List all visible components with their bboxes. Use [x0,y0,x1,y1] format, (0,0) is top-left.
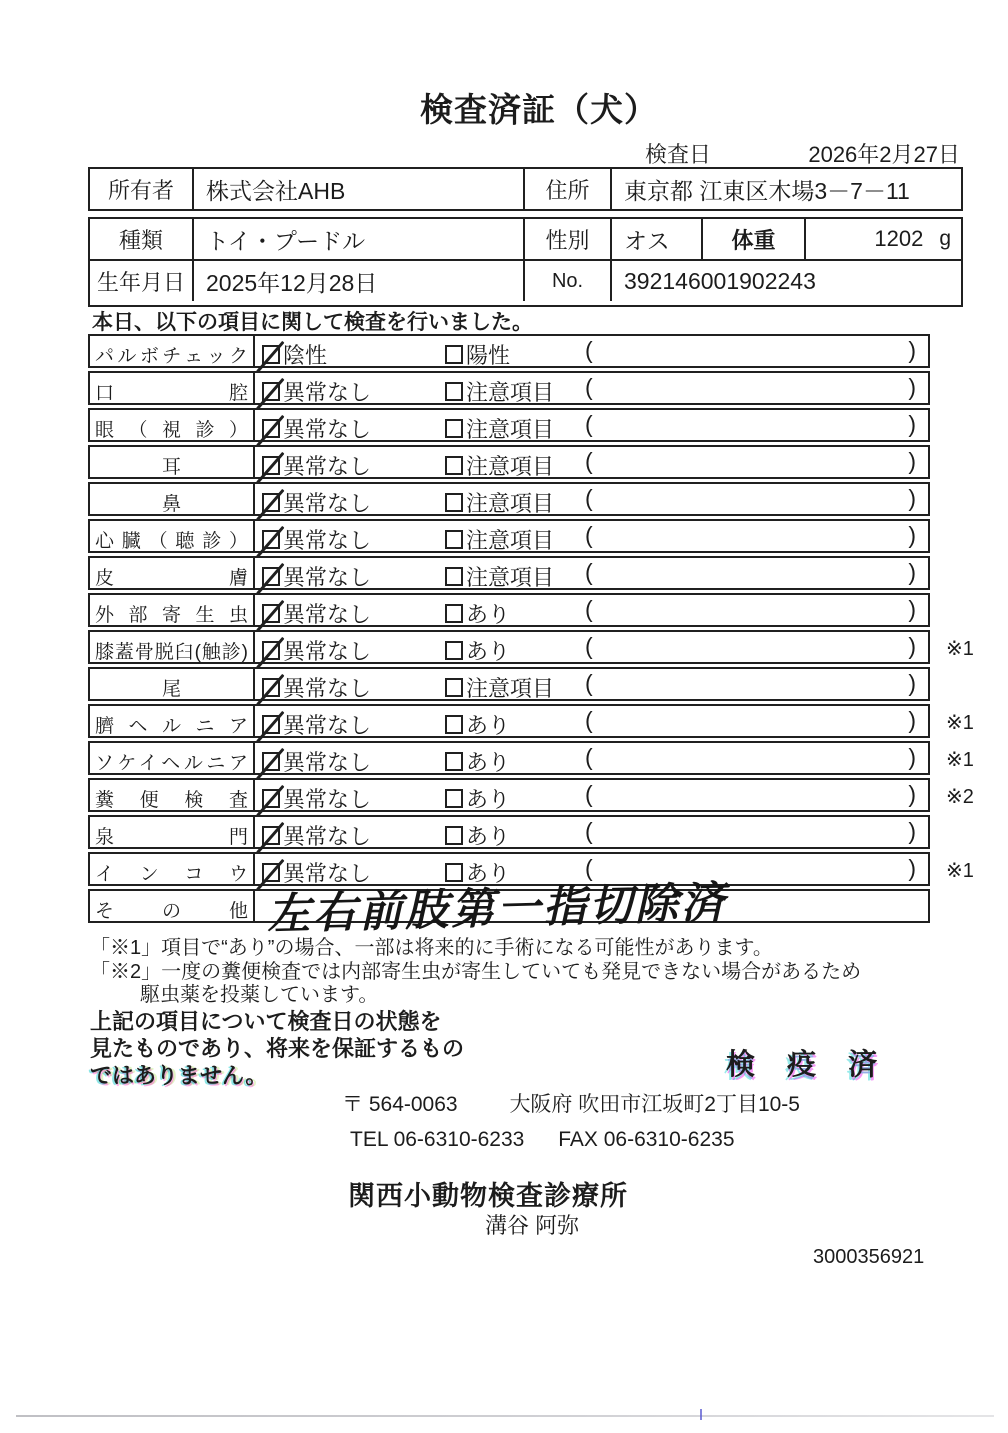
exam-item-label: 臍ヘルニア [90,706,255,736]
remarks-paren-open: ( [585,337,593,364]
checkbox-icon [445,382,463,401]
result-option-1: 異常なし [262,709,371,740]
exam-item-result: 異常なし 注意項目 ( ) [255,669,928,699]
remarks-paren-open: ( [585,485,593,512]
number-value: 392146001902243 [612,261,961,301]
remarks-paren-open: ( [585,559,593,586]
exam-item-label: インコウ [90,854,255,884]
intro-text: 本日、以下の項目に関して検査を行いました。 [92,306,533,336]
inspection-date-value: 2026年2月27日 [808,138,960,169]
exam-item-result: 異常なし 注意項目 ( ) [255,558,928,588]
result-option-1-label: 異常なし [283,524,371,555]
exam-item-result: 陰性 陽性 ( ) [255,336,928,366]
remarks-paren-close: ) [908,633,916,660]
result-option-1: 異常なし [262,376,371,407]
checkbox-icon [445,604,463,623]
remarks-paren-close: ) [908,522,916,549]
exam-item-label: 糞便検査 [90,780,255,810]
result-option-2: あり [445,598,510,629]
exam-row: 耳 異常なし 注意項目 ( ) [88,445,930,479]
owner-row: 所有者 株式会社AHB 住所 東京都 江東区木場3－7－11 [90,169,961,209]
owner-value: 株式会社AHB [194,169,525,209]
result-option-2: あり [445,746,510,777]
checkbox-icon [445,493,463,512]
result-option-1: 異常なし [262,413,371,444]
page-title: 検査済証（犬） [420,84,658,131]
exam-row: パルボチェック 陰性 陽性 ( ) [88,334,930,368]
exam-item-label: 心臓（聴診） [90,521,255,551]
checkbox-icon [262,345,280,364]
exam-row: 泉門 異常なし あり ( ) [88,815,930,849]
result-option-1-label: 異常なし [283,413,371,444]
address-value: 東京都 江東区木場3－7－11 [612,169,961,209]
result-option-1: 異常なし [262,561,371,592]
remarks-paren-open: ( [585,596,593,623]
address-label: 住所 [525,169,612,209]
remarks-paren-close: ) [908,374,916,401]
checkbox-icon [262,641,280,660]
checkbox-icon [445,789,463,808]
remarks-paren-close: ) [908,707,916,734]
checkbox-icon [445,530,463,549]
scan-artifact-line [16,1415,994,1417]
exam-row: 糞便検査 異常なし あり ( ) ※2 [88,778,930,812]
checkbox-icon [445,826,463,845]
exam-item-result: 異常なし あり ( ) [255,706,928,736]
disclaimer-line3: ではありません。 [90,1059,267,1090]
exam-item-result: 異常なし あり ( ) [255,780,928,810]
birth-label: 生年月日 [90,261,194,301]
exam-item-label: 尾 [90,669,255,699]
result-option-1: 異常なし [262,524,371,555]
exam-row: 口腔 異常なし 注意項目 ( ) [88,371,930,405]
remarks-paren-open: ( [585,744,593,771]
result-option-2: 注意項目 [445,413,554,444]
result-option-1: 異常なし [262,820,371,851]
remarks-paren-open: ( [585,781,593,808]
result-option-1-label: 異常なし [283,672,371,703]
remarks-paren-close: ) [908,596,916,623]
exam-row: その他 左右前肢第一指切除済 [88,889,930,923]
remarks-paren-open: ( [585,633,593,660]
result-option-2-label: あり [466,598,510,629]
result-option-1-label: 異常なし [283,598,371,629]
result-option-2: あり [445,820,510,851]
result-option-2-label: 注意項目 [466,450,554,481]
clinic-tel: TEL 06-6310-6233 [350,1128,524,1151]
exam-item-result: 異常なし 注意項目 ( ) [255,484,928,514]
exam-item-result: 異常なし 注意項目 ( ) [255,373,928,403]
clinic-phone-line: TEL 06-6310-6233 FAX 06-6310-6235 [350,1128,735,1152]
exam-item-result: 異常なし あり ( ) [255,595,928,625]
result-option-1-label: 異常なし [283,820,371,851]
result-option-2-label: あり [466,783,510,814]
result-option-1: 異常なし [262,783,371,814]
weight-value: 1202 [874,226,923,252]
remarks-paren-close: ) [908,744,916,771]
result-option-2: 注意項目 [445,561,554,592]
exam-row: 尾 異常なし 注意項目 ( ) [88,667,930,701]
checkbox-icon [262,789,280,808]
checkbox-icon [445,567,463,586]
exam-item-label: ソケイヘルニア [90,743,255,773]
checkbox-icon [445,456,463,475]
result-option-2-label: あり [466,709,510,740]
note-ref2-line2: 駆虫薬を投薬しています。 [140,978,378,1007]
veterinarian-name: 溝谷 阿弥 [485,1209,579,1240]
checkbox-icon [445,715,463,734]
checkbox-icon [262,493,280,512]
result-option-1-label: 異常なし [283,709,371,740]
inspection-date-label: 検査日 [645,138,711,169]
result-option-1: 異常なし [262,746,371,777]
result-option-2-label: 注意項目 [466,413,554,444]
result-option-1: 異常なし [262,487,371,518]
remarks-paren-open: ( [585,707,593,734]
checkbox-icon [262,604,280,623]
reference-mark: ※1 [946,636,974,661]
result-option-1: 異常なし [262,635,371,666]
remarks-paren-close: ) [908,781,916,808]
exam-item-label: 耳 [90,447,255,477]
result-option-1-label: 異常なし [283,376,371,407]
animal-table: 種類 トイ・プードル 性別 オス 体重 1202 g 生年月日 2025年12月… [88,217,963,307]
exam-item-label: 眼（視診） [90,410,255,440]
exam-item-result: 異常なし あり ( ) [255,743,928,773]
result-option-1: 異常なし [262,672,371,703]
result-option-2-label: 注意項目 [466,561,554,592]
result-option-1-label: 異常なし [283,635,371,666]
remarks-paren-close: ) [908,411,916,438]
result-option-2: 注意項目 [445,450,554,481]
checkbox-icon [262,419,280,438]
checkbox-icon [262,530,280,549]
exam-item-result: 左右前肢第一指切除済 [255,891,928,921]
exam-item-label: 膝蓋骨脱臼(触診) [90,632,255,662]
result-option-2-label: 注意項目 [466,524,554,555]
clinic-fax: FAX 06-6310-6235 [558,1128,734,1151]
quarantine-stamp: 検 疫 済 [726,1042,889,1083]
checkbox-icon [262,715,280,734]
reference-mark: ※2 [946,784,974,809]
result-option-2: 注意項目 [445,524,554,555]
exam-row: 膝蓋骨脱臼(触診) 異常なし あり ( ) ※1 [88,630,930,664]
result-option-2-label: あり [466,635,510,666]
exam-item-result: 異常なし 注意項目 ( ) [255,410,928,440]
exam-item-label: パルボチェック [90,336,255,366]
reference-mark: ※1 [946,747,974,772]
checkbox-icon [262,456,280,475]
serial-number: 3000356921 [813,1246,924,1269]
remarks-paren-close: ) [908,337,916,364]
remarks-paren-close: ) [908,670,916,697]
handwritten-note: 左右前肢第一指切除済 [266,869,727,942]
checkbox-icon [445,419,463,438]
result-option-2-label: 注意項目 [466,487,554,518]
remarks-paren-open: ( [585,448,593,475]
result-option-1-label: 異常なし [283,487,371,518]
result-option-1: 異常なし [262,598,371,629]
checkbox-icon [262,382,280,401]
scanned-certificate-page: 検査済証（犬） 検査日 2026年2月27日 所有者 株式会社AHB 住所 東京… [0,0,1008,1433]
clinic-address: 大阪府 吹田市江坂町2丁目10-5 [509,1093,800,1116]
clinic-name: 関西小動物検査診療所 [348,1174,628,1213]
remarks-paren-open: ( [585,522,593,549]
exam-row: 外部寄生虫 異常なし あり ( ) [88,593,930,627]
checkbox-icon [445,641,463,660]
checkbox-icon [262,826,280,845]
remarks-paren-open: ( [585,411,593,438]
remarks-paren-open: ( [585,670,593,697]
remarks-paren-close: ) [908,448,916,475]
checkbox-icon [262,678,280,697]
owner-table: 所有者 株式会社AHB 住所 東京都 江東区木場3－7－11 [88,167,963,211]
result-option-2-label: 陽性 [466,339,510,370]
number-label: No. [525,261,612,301]
result-option-2: 注意項目 [445,672,554,703]
scan-artifact-tick [700,1409,702,1420]
sex-value: オス [612,219,703,259]
remarks-paren-open: ( [585,374,593,401]
reference-mark: ※1 [946,710,974,735]
exam-item-label: 口腔 [90,373,255,403]
weight-unit: g [939,227,951,251]
remarks-paren-close: ) [908,818,916,845]
exam-table: パルボチェック 陰性 陽性 ( ) 口腔 [88,334,930,926]
clinic-address-line: 〒 564-0063 大阪府 吹田市江坂町2丁目10-5 [342,1088,800,1118]
result-option-1: 陰性 [262,339,327,370]
result-option-1-label: 異常なし [283,450,371,481]
checkbox-icon [262,567,280,586]
birth-row: 生年月日 2025年12月28日 No. 392146001902243 [90,261,961,301]
remarks-paren-open: ( [585,818,593,845]
exam-item-result: 異常なし あり ( ) [255,817,928,847]
result-option-2: 注意項目 [445,376,554,407]
checkbox-icon [262,863,280,882]
result-option-2: あり [445,783,510,814]
result-option-2-label: あり [466,820,510,851]
result-option-2-label: 注意項目 [466,672,554,703]
breed-value: トイ・プードル [194,219,525,259]
exam-item-label: その他 [90,891,255,921]
result-option-2: あり [445,709,510,740]
breed-row: 種類 トイ・プードル 性別 オス 体重 1202 g [90,219,961,261]
exam-row: ソケイヘルニア 異常なし あり ( ) ※1 [88,741,930,775]
remarks-paren-close: ) [908,485,916,512]
result-option-2-label: あり [466,746,510,777]
exam-item-label: 鼻 [90,484,255,514]
sex-label: 性別 [525,219,612,259]
result-option-2: 注意項目 [445,487,554,518]
result-option-2: あり [445,635,510,666]
exam-item-result: 異常なし 注意項目 ( ) [255,521,928,551]
breed-label: 種類 [90,219,194,259]
owner-label: 所有者 [90,169,194,209]
exam-item-label: 外部寄生虫 [90,595,255,625]
result-option-1-label: 異常なし [283,783,371,814]
clinic-postal-code: 〒 564-0063 [342,1093,458,1116]
exam-item-result: 異常なし あり ( ) [255,632,928,662]
exam-item-label: 泉門 [90,817,255,847]
result-option-1-label: 陰性 [283,339,327,370]
exam-item-label: 皮膚 [90,558,255,588]
result-option-1-label: 異常なし [283,746,371,777]
weight-cell: 1202 g [806,219,961,259]
exam-row: 臍ヘルニア 異常なし あり ( ) ※1 [88,704,930,738]
exam-row: 心臓（聴診） 異常なし 注意項目 ( ) [88,519,930,553]
remarks-paren-close: ) [908,559,916,586]
result-option-2: 陽性 [445,339,510,370]
result-option-1-label: 異常なし [283,561,371,592]
weight-label: 体重 [703,219,806,259]
exam-item-result: 異常なし 注意項目 ( ) [255,447,928,477]
remarks-paren-close: ) [908,855,916,882]
result-option-1: 異常なし [262,450,371,481]
checkbox-icon [445,752,463,771]
exam-row: 皮膚 異常なし 注意項目 ( ) [88,556,930,590]
exam-row: 眼（視診） 異常なし 注意項目 ( ) [88,408,930,442]
birth-value: 2025年12月28日 [194,261,525,301]
checkbox-icon [262,752,280,771]
exam-row: 鼻 異常なし 注意項目 ( ) [88,482,930,516]
checkbox-icon [445,678,463,697]
checkbox-icon [445,345,463,364]
result-option-2-label: 注意項目 [466,376,554,407]
reference-mark: ※1 [946,858,974,883]
